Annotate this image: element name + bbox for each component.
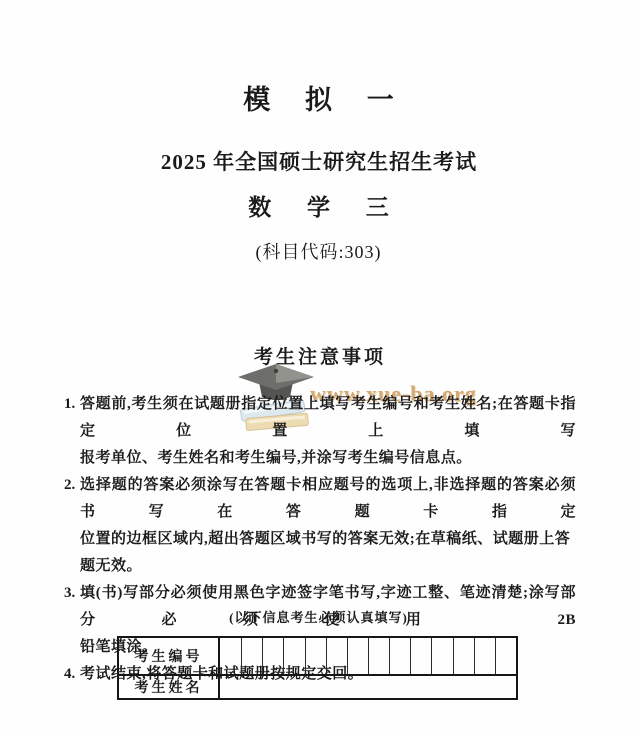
candidate-number-cell[interactable] <box>431 638 452 674</box>
notice-item-number: 4. <box>64 661 75 688</box>
candidate-name-field[interactable] <box>220 676 516 698</box>
candidate-number-cell[interactable] <box>495 638 516 674</box>
candidate-number-cell[interactable] <box>389 638 410 674</box>
candidate-number-cell[interactable] <box>305 638 326 674</box>
notice-item-line: 答题前,考生须在试题册指定位置上填写考生编号和考生姓名;在答题卡指定位置上填写 <box>80 391 576 445</box>
notice-item-line: 位置的边框区域内,超出答题区域书写的答案无效;在草稿纸、试题册上答题无效。 <box>80 526 576 580</box>
fill-section-caption: (以下信息考生必须认真填写) <box>0 607 637 626</box>
candidate-number-label: 考生编号 <box>119 638 220 674</box>
subject-code: (科目代码:303) <box>0 238 637 264</box>
candidate-number-row: 考生编号 <box>119 638 516 676</box>
candidate-number-cell[interactable] <box>220 638 241 674</box>
candidate-number-cells <box>220 638 516 674</box>
candidate-number-cell[interactable] <box>283 638 304 674</box>
exam-cover-page: 模 拟 一 2025 年全国硕士研究生招生考试 数 学 三 (科目代码:303)… <box>0 0 637 737</box>
subject-title: 数 学 三 <box>0 189 637 222</box>
candidate-number-cell[interactable] <box>474 638 495 674</box>
notice-heading: 考生注意事项 <box>0 342 637 369</box>
series-title: 模 拟 一 <box>0 78 637 117</box>
notice-item-1: 1. 答题前,考生须在试题册指定位置上填写考生编号和考生姓名;在答题卡指定位置上… <box>64 391 576 472</box>
candidate-number-cell[interactable] <box>368 638 389 674</box>
notice-item-line: 选择题的答案必须涂写在答题卡相应题号的选项上,非选择题的答案必须书写在答题卡指定 <box>80 472 576 526</box>
candidate-number-cell[interactable] <box>347 638 368 674</box>
candidate-number-cell[interactable] <box>241 638 262 674</box>
candidate-name-row: 考生姓名 <box>119 676 516 698</box>
notice-item-number: 1. <box>64 391 75 418</box>
candidate-number-cell[interactable] <box>410 638 431 674</box>
candidate-number-cell[interactable] <box>262 638 283 674</box>
notice-item-2: 2. 选择题的答案必须涂写在答题卡相应题号的选项上,非选择题的答案必须书写在答题… <box>64 472 576 580</box>
candidate-info-table: 考生编号 考生姓名 <box>117 636 518 700</box>
candidate-name-label: 考生姓名 <box>119 676 220 698</box>
candidate-number-cell[interactable] <box>326 638 347 674</box>
candidate-number-cell[interactable] <box>453 638 474 674</box>
notice-item-number: 3. <box>64 580 75 607</box>
notice-item-line: 报考单位、考生姓名和考生编号,并涂写考生编号信息点。 <box>80 445 576 472</box>
exam-title: 2025 年全国硕士研究生招生考试 <box>0 146 637 176</box>
notice-item-number: 2. <box>64 472 75 499</box>
